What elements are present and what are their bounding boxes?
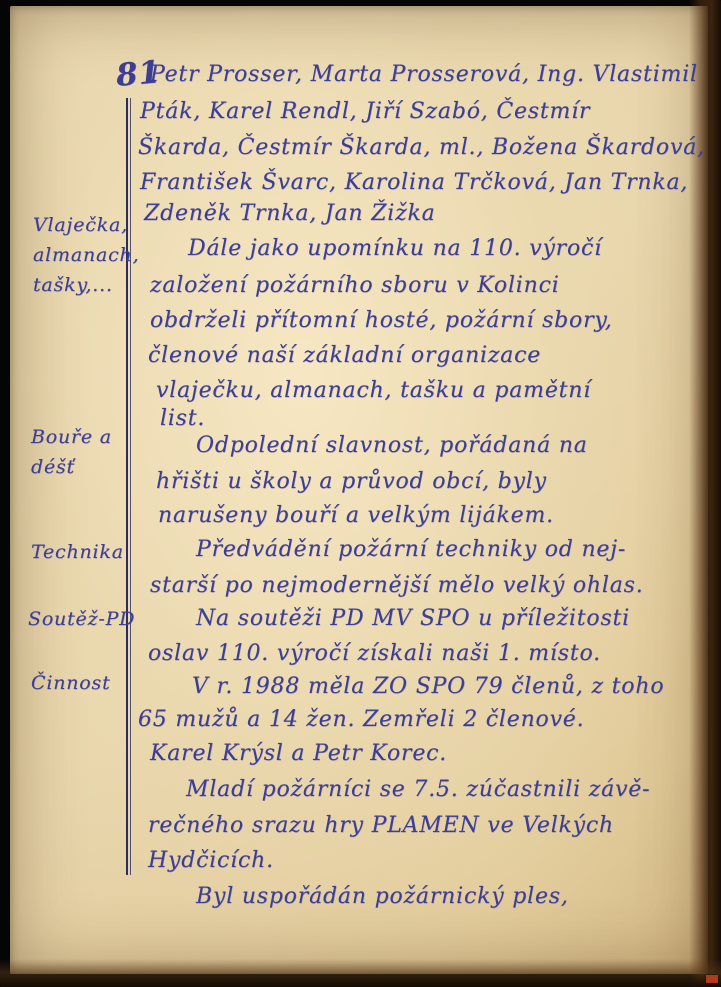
margin-note-boure: Bouře a déšť	[31, 422, 112, 482]
handwriting-line: Škarda, Čestmír Škarda, ml., Božena Škar…	[138, 135, 705, 160]
margin-note-line: Technika	[31, 537, 124, 567]
margin-note-cinnost: Činnost	[31, 668, 111, 698]
margin-note-line: tašky,...	[33, 270, 139, 300]
handwriting-line: založení požárního sboru v Kolinci	[150, 273, 560, 298]
handwriting-line: Petr Prosser, Marta Prosserová, Ing. Vla…	[150, 62, 698, 87]
handwriting-line: Dále jako upomínku na 110. výročí	[188, 236, 602, 261]
handwriting-line: narušeny bouří a velkým lijákem.	[158, 503, 554, 528]
handwriting-line: obdrželi přítomní hosté, požární sbory,	[150, 308, 613, 333]
handwriting-line: starší po nejmodernější mělo velký ohlas…	[150, 573, 644, 598]
handwriting-line: František Švarc, Karolina Trčková, Jan T…	[140, 170, 688, 195]
handwriting-line: V r. 1988 měla ZO SPO 79 členů, z toho	[192, 674, 664, 699]
margin-note-line: almanach,	[33, 240, 139, 270]
handwriting-line: hřišti u školy a průvod obcí, byly	[156, 469, 547, 494]
handwriting-line: Zdeněk Trnka, Jan Žižka	[144, 201, 436, 226]
margin-note-technika: Technika	[31, 537, 124, 567]
margin-note-line: Soutěž-PD	[28, 604, 135, 634]
handwriting-line: členové naší základní organizace	[148, 343, 541, 368]
handwriting-line: Mladí požárníci se 7.5. zúčastnili závě-	[186, 777, 650, 802]
handwriting-line: Na soutěži PD MV SPO u příležitosti	[196, 606, 630, 631]
margin-note-line: déšť	[31, 452, 112, 482]
scanned-chronicle-page: 81 Vlaječka, almanach, tašky,... Bouře a…	[0, 0, 721, 987]
handwriting-line: Odpolední slavnost, pořádaná na	[196, 433, 588, 458]
handwriting-line: oslav 110. výročí získali naši 1. místo.	[148, 641, 601, 666]
margin-note-vlajecka: Vlaječka, almanach, tašky,...	[33, 210, 139, 300]
handwriting-line: Byl uspořádán požárnický ples,	[196, 884, 569, 909]
handwriting-line: Karel Krýsl a Petr Korec.	[150, 741, 447, 766]
handwriting-line: Hydčicích.	[148, 848, 274, 873]
margin-note-line: Bouře a	[31, 422, 112, 452]
handwriting-line: rečného srazu hry PLAMEN ve Velkých	[148, 813, 614, 838]
handwriting-line: Předvádění požární techniky od nej-	[196, 537, 626, 562]
handwriting-line: 65 mužů a 14 žen. Zemřeli 2 členové.	[138, 707, 584, 732]
handwriting-line: vlaječku, almanach, tašku a pamětní	[156, 378, 591, 403]
page-content: 81 Vlaječka, almanach, tašky,... Bouře a…	[0, 0, 721, 987]
handwriting-line: Pták, Karel Rendl, Jiří Szabó, Čestmír	[140, 99, 590, 124]
margin-note-line: Činnost	[31, 668, 111, 698]
margin-note-line: Vlaječka,	[33, 210, 139, 240]
handwriting-line: list.	[160, 406, 205, 431]
margin-note-soutez-pd: Soutěž-PD	[28, 604, 135, 634]
